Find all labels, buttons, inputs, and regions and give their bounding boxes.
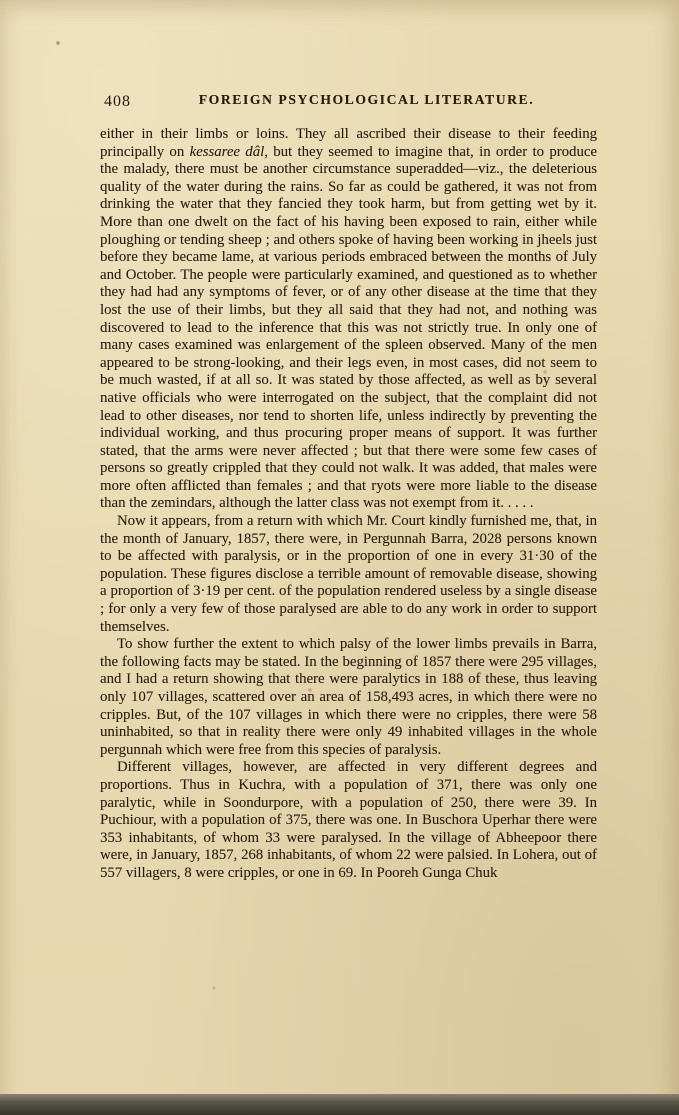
paragraph-1-italic-phrase: kessaree dâl <box>190 144 265 160</box>
running-title: FOREIGN PSYCHOLOGICAL LITERATURE. <box>100 92 599 108</box>
paragraph-4: Different villages, however, are affecte… <box>100 759 597 882</box>
paragraph-1-text-after: , but they seemed to imagine that, in or… <box>100 144 597 512</box>
scanned-book-page: 408 FOREIGN PSYCHOLOGICAL LITERATURE. ei… <box>0 0 679 1115</box>
page-header: 408 FOREIGN PSYCHOLOGICAL LITERATURE. <box>100 92 599 112</box>
scan-edge-bottom <box>0 1094 679 1115</box>
page-body: either in their limbs or loins. They all… <box>100 126 597 883</box>
paragraph-1: either in their limbs or loins. They all… <box>100 126 597 513</box>
paragraph-3: To show further the extent to which pals… <box>100 636 597 759</box>
page-number: 408 <box>104 93 131 111</box>
paragraph-2: Now it appears, from a return with which… <box>100 513 597 636</box>
